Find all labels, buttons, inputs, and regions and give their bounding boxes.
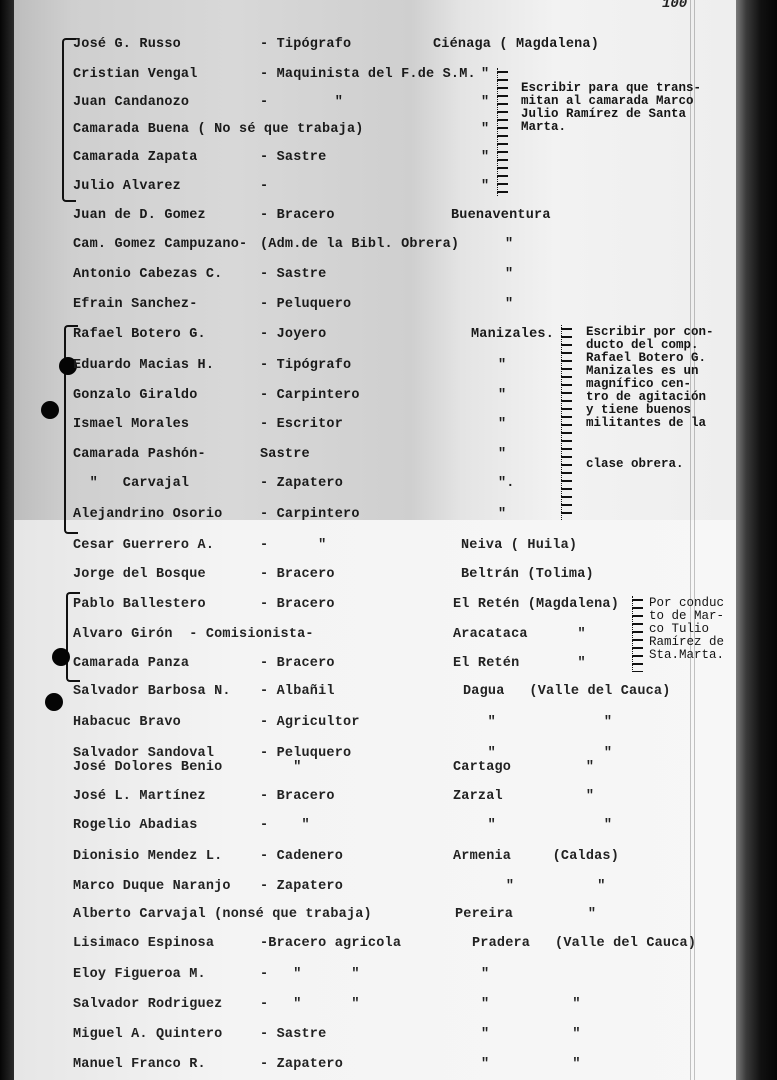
place: " ": [481, 1027, 581, 1042]
person-name: Camarada Pashón-: [73, 447, 206, 462]
note-cienaga: Escribir para que trans- mitan al camara…: [521, 82, 701, 134]
person-name: Rogelio Abadias: [73, 818, 198, 833]
note-reten: Por conduc to de Mar- co Tulio Ramírez d…: [649, 597, 724, 662]
note-manizales: Escribir por con- ducto del comp. Rafael…: [586, 326, 714, 430]
occupation: - Bracero: [260, 567, 335, 582]
person-name: Alvaro Girón - Comisionista-: [73, 627, 314, 642]
place: ": [505, 297, 513, 312]
place: ": [498, 358, 506, 373]
place: ": [481, 122, 489, 137]
occupation: -Bracero agricola: [260, 936, 401, 951]
occupation: - Bracero: [260, 656, 335, 671]
person-name: Gonzalo Giraldo: [73, 388, 198, 403]
place: ": [481, 179, 489, 194]
person-name: Efrain Sanchez-: [73, 297, 198, 312]
occupation: - Zapatero: [260, 1057, 343, 1072]
place: " ": [481, 1057, 581, 1072]
occupation: - Escritor: [260, 417, 343, 432]
person-name: Marco Duque Naranjo: [73, 879, 231, 894]
person-name: Alejandrino Osorio: [73, 507, 222, 522]
occupation: - Bracero: [260, 208, 335, 223]
person-name: José Dolores Benio: [73, 760, 222, 775]
person-name: Pablo Ballestero: [73, 597, 206, 612]
place: ": [498, 417, 506, 432]
person-name: Antonio Cabezas C.: [73, 267, 222, 282]
person-name: Salvador Barbosa N.: [73, 684, 231, 699]
occupation: - Bracero: [260, 597, 335, 612]
occupation: - ": [260, 538, 326, 553]
person-name: Juan Candanozo: [73, 95, 189, 110]
occupation: - Zapatero: [260, 476, 343, 491]
person-name: Ismael Morales: [73, 417, 189, 432]
place: ": [481, 95, 489, 110]
person-name: Eduardo Macias H.: [73, 358, 214, 373]
person-name: Alberto Carvajal (nonsé que trabaja): [73, 907, 372, 922]
person-name: Dionisio Mendez L.: [73, 849, 222, 864]
person-name: Manuel Franco R.: [73, 1057, 206, 1072]
person-name: José L. Martínez: [73, 789, 206, 804]
occupation: - Carpintero: [260, 388, 360, 403]
place: Dagua (Valle del Cauca): [463, 684, 671, 699]
scan-right-edge: [736, 0, 777, 1080]
occupation: - Cadenero: [260, 849, 343, 864]
place: Beltrán (Tolima): [461, 567, 594, 582]
occupation: - ": [260, 818, 310, 833]
note-brace: [632, 596, 643, 672]
occupation: (Adm.de la Bibl. Obrera): [260, 237, 459, 252]
place: " ": [471, 746, 612, 761]
occupation: Sastre: [260, 447, 310, 462]
place: Zarzal ": [453, 789, 594, 804]
person-name: Jorge del Bosque: [73, 567, 206, 582]
place: Neiva ( Huila): [461, 538, 577, 553]
occupation: - Sastre: [260, 1027, 326, 1042]
place: ".: [498, 476, 515, 491]
place: Armenia (Caldas): [453, 849, 619, 864]
person-name: Lisimaco Espinosa: [73, 936, 214, 951]
occupation: - ": [260, 95, 343, 110]
person-name: Eloy Figueroa M.: [73, 967, 206, 982]
person-name: José G. Russo: [73, 37, 181, 52]
scan-line: [690, 0, 691, 1080]
occupation: - Agricultor: [260, 715, 360, 730]
place: Pradera (Valle del Cauca): [472, 936, 696, 951]
note-brace: [497, 68, 508, 196]
occupation: - Bracero: [260, 789, 335, 804]
person-name: Camarada Buena ( No sé que trabaja): [73, 122, 364, 137]
place: Buenaventura: [451, 208, 551, 223]
person-name: Camarada Panza: [73, 656, 189, 671]
occupation: - Carpintero: [260, 507, 360, 522]
occupation: - Sastre: [260, 267, 326, 282]
place: ": [481, 967, 489, 982]
place: ": [481, 67, 489, 82]
occupation: ": [260, 760, 302, 775]
place: Aracataca ": [453, 627, 586, 642]
occupation: - Albañil: [260, 684, 335, 699]
person-name: Juan de D. Gomez: [73, 208, 206, 223]
place: ": [498, 507, 506, 522]
person-name: Miguel A. Quintero: [73, 1027, 222, 1042]
punch-hole-dot: [52, 648, 70, 666]
occupation: - " ": [260, 997, 360, 1012]
scan-line: [694, 0, 695, 1080]
person-name: Salvador Sandoval: [73, 746, 214, 761]
occupation: - Maquinista del F.de S.M.: [260, 67, 476, 82]
place: ": [498, 447, 506, 462]
place: " ": [471, 715, 612, 730]
place: ": [505, 267, 513, 282]
occupation: - Joyero: [260, 327, 326, 342]
place: " ": [481, 997, 581, 1012]
scan-left-edge: [0, 0, 14, 1080]
occupation: - " ": [260, 967, 360, 982]
person-name: Julio Alvarez: [73, 179, 181, 194]
place: Manizales.: [471, 327, 554, 342]
place: Cartago ": [453, 760, 594, 775]
occupation: - Tipógrafo: [260, 37, 351, 52]
bracket-group-cienaga: [62, 38, 76, 202]
person-name: Cristian Vengal: [73, 67, 198, 82]
place: Ciénaga ( Magdalena): [433, 37, 599, 52]
person-name: Cesar Guerrero A.: [73, 538, 214, 553]
note-brace: [561, 325, 572, 520]
occupation: - Peluquero: [260, 297, 351, 312]
occupation: -: [260, 179, 268, 194]
occupation: - Tipógrafo: [260, 358, 351, 373]
page-number: 100: [662, 0, 687, 12]
place: El Retén ": [453, 656, 586, 671]
place: ": [481, 150, 489, 165]
place: El Retén (Magdalena): [453, 597, 619, 612]
occupation: - Sastre: [260, 150, 326, 165]
person-name: Salvador Rodriguez: [73, 997, 222, 1012]
punch-hole-dot: [41, 401, 59, 419]
note-manizales-end: clase obrera.: [586, 458, 684, 471]
place: Pereira ": [455, 907, 596, 922]
occupation: - Zapatero: [260, 879, 343, 894]
place: " ": [481, 879, 606, 894]
place: ": [505, 237, 513, 252]
person-name: Cam. Gomez Campuzano-: [73, 237, 247, 252]
place: " ": [471, 818, 612, 833]
occupation: - Peluquero: [260, 746, 351, 761]
punch-hole-dot: [45, 693, 63, 711]
place: ": [498, 388, 506, 403]
person-name: Rafael Botero G.: [73, 327, 206, 342]
person-name: Camarada Zapata: [73, 150, 198, 165]
person-name: " Carvajal: [73, 476, 189, 491]
person-name: Habacuc Bravo: [73, 715, 181, 730]
